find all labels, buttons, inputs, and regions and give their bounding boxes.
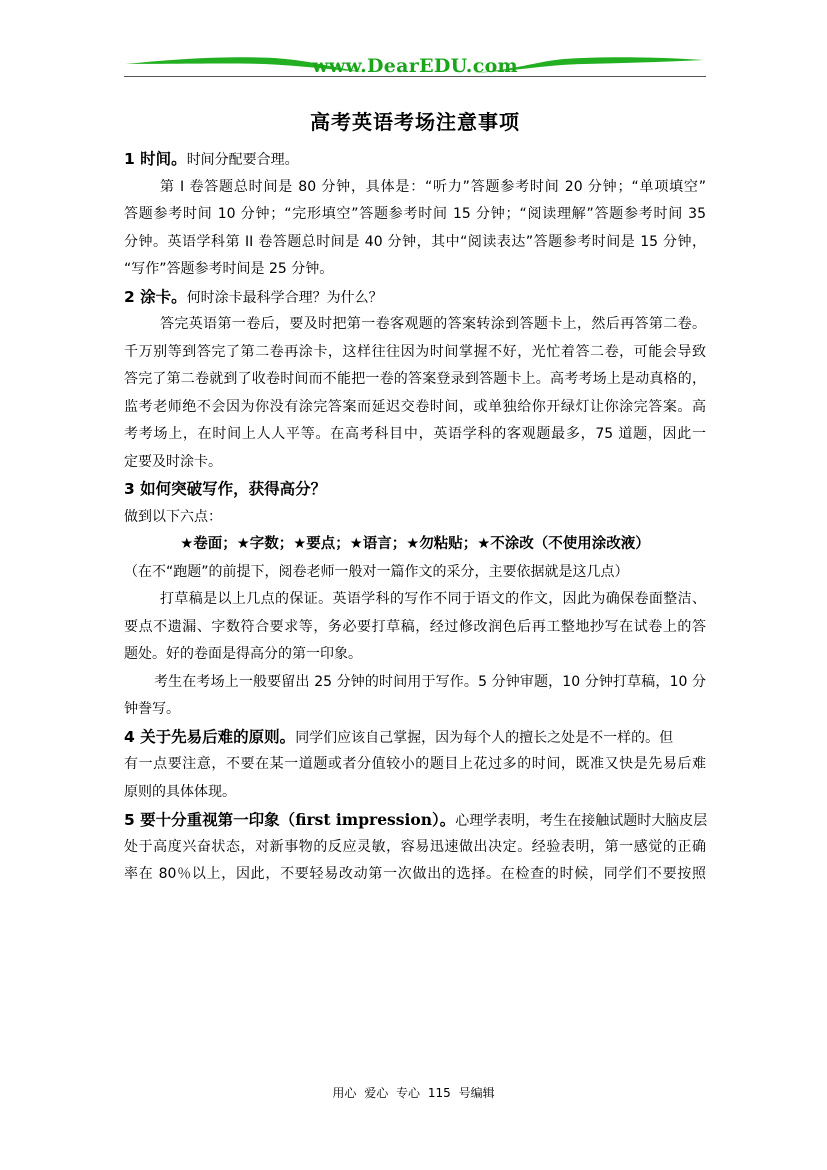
section-heading-suffix: ）。 bbox=[432, 811, 455, 829]
section-5-heading-line: 5 要十分重视第一印象（first impression）。心理学表明，考生在接… bbox=[124, 806, 706, 834]
section-1-heading-line: 1 时间。时间分配要合理。 bbox=[124, 146, 706, 174]
paragraph-line: 千万别等到答完了第二卷再涂卡，这样往往因为时间掌握不好，光忙着答二卷，可能会导致 bbox=[124, 339, 706, 367]
note-line: （在不“跑题”的前提下，阅卷老师一般对一篇作文的采分，主要依据就是这几点） bbox=[124, 559, 706, 587]
paragraph-line: 处于高度兴奋状态，对新事物的反应灵敏，容易迅速做出决定。经验表明，第一感觉的正确 bbox=[124, 834, 706, 862]
paragraph-line: 做到以下六点： bbox=[124, 504, 706, 532]
section-4-heading-line: 4 关于先易后难的原则。同学们应该自己掌握，因为每个人的擅长之处是不一样的。但 bbox=[124, 724, 706, 752]
section-heading-english: first impression bbox=[295, 810, 432, 829]
page-footer: 用心 爱心 专心 115 号编辑 bbox=[0, 1084, 827, 1101]
header-rule bbox=[124, 76, 706, 77]
paragraph-line: 有一点要注意，不要在某一道题或者分值较小的题目上花过多的时间，既准又快是先易后难 bbox=[124, 751, 706, 779]
star-points: ★卷面；★字数；★要点；★语言；★勿粘贴；★不涂改（不使用涂改液） bbox=[124, 531, 706, 559]
paragraph-line: 答题参考时间 10 分钟；“完形填空”答题参考时间 15 分钟；“阅读理解”答题… bbox=[124, 201, 706, 229]
section-lead: 何时涂卡最科学合理？为什么？ bbox=[187, 290, 383, 306]
section-heading: 1 时间。 bbox=[124, 150, 187, 168]
paragraph-line: 考生在考场上一般要留出 25 分钟的时间用于写作。5 分钟审题，10 分钟打草稿… bbox=[124, 669, 706, 697]
paragraph-line: 率在 80％以上，因此，不要轻易改动第一次做出的选择。在检查的时候，同学们不要按… bbox=[124, 861, 706, 889]
paragraph-line: “写作”答题参考时间是 25 分钟。 bbox=[124, 256, 706, 284]
paragraph-line: 答完了第二卷就到了收卷时间而不能把一卷的答案登录到答题卡上。高考考场上是动真格的… bbox=[124, 366, 706, 394]
document-body: 1 时间。时间分配要合理。 第 I 卷答题总时间是 80 分钟，具体是：“听力”… bbox=[124, 146, 706, 889]
section-lead: 时间分配要合理。 bbox=[187, 152, 299, 168]
section-lead: 同学们应该自己掌握，因为每个人的擅长之处是不一样的。但 bbox=[295, 730, 673, 746]
section-heading: 2 涂卡。 bbox=[124, 288, 187, 306]
paragraph-line: 原则的具体体现。 bbox=[124, 779, 706, 807]
paragraph-line: 监考老师绝不会因为你没有涂完答案而延迟交卷时间，或单独给你开绿灯让你涂完答案。高 bbox=[124, 394, 706, 422]
paragraph-line: 钟誊写。 bbox=[124, 696, 706, 724]
section-lead: 心理学表明，考生在接触试题时大脑皮层 bbox=[455, 813, 707, 829]
paragraph-line: 考考场上，在时间上人人平等。在高考科目中，英语学科的客观题最多，75 道题，因此… bbox=[124, 421, 706, 449]
section-2-heading-line: 2 涂卡。何时涂卡最科学合理？为什么？ bbox=[124, 284, 706, 312]
section-heading: 3 如何突破写作，获得高分？ bbox=[124, 476, 706, 504]
paragraph-line: 第 I 卷答题总时间是 80 分钟，具体是：“听力”答题参考时间 20 分钟；“… bbox=[124, 174, 706, 202]
paragraph-line: 题处。好的卷面是得高分的第一印象。 bbox=[124, 641, 706, 669]
paragraph-line: 定要及时涂卡。 bbox=[124, 449, 706, 477]
site-header: www.DearEDU.com bbox=[124, 52, 706, 80]
paragraph-line: 打草稿是以上几点的保证。英语学科的写作不同于语文的作文，因此为确保卷面整洁、 bbox=[124, 586, 706, 614]
paragraph-line: 分钟。英语学科第 II 卷答题总时间是 40 分钟，其中“阅读表达”答题参考时间… bbox=[124, 229, 706, 257]
section-heading: 4 关于先易后难的原则。 bbox=[124, 728, 295, 746]
site-brand: www.DearEDU.com bbox=[124, 55, 706, 77]
section-heading: 5 要十分重视第一印象（ bbox=[124, 811, 295, 829]
paragraph-line: 要点不遗漏、字数符合要求等，务必要打草稿，经过修改润色后再工整地抄写在试卷上的答 bbox=[124, 614, 706, 642]
paragraph-line: 答完英语第一卷后，要及时把第一卷客观题的答案转涂到答题卡上，然后再答第二卷。 bbox=[124, 311, 706, 339]
page-title: 高考英语考场注意事项 bbox=[124, 106, 706, 135]
